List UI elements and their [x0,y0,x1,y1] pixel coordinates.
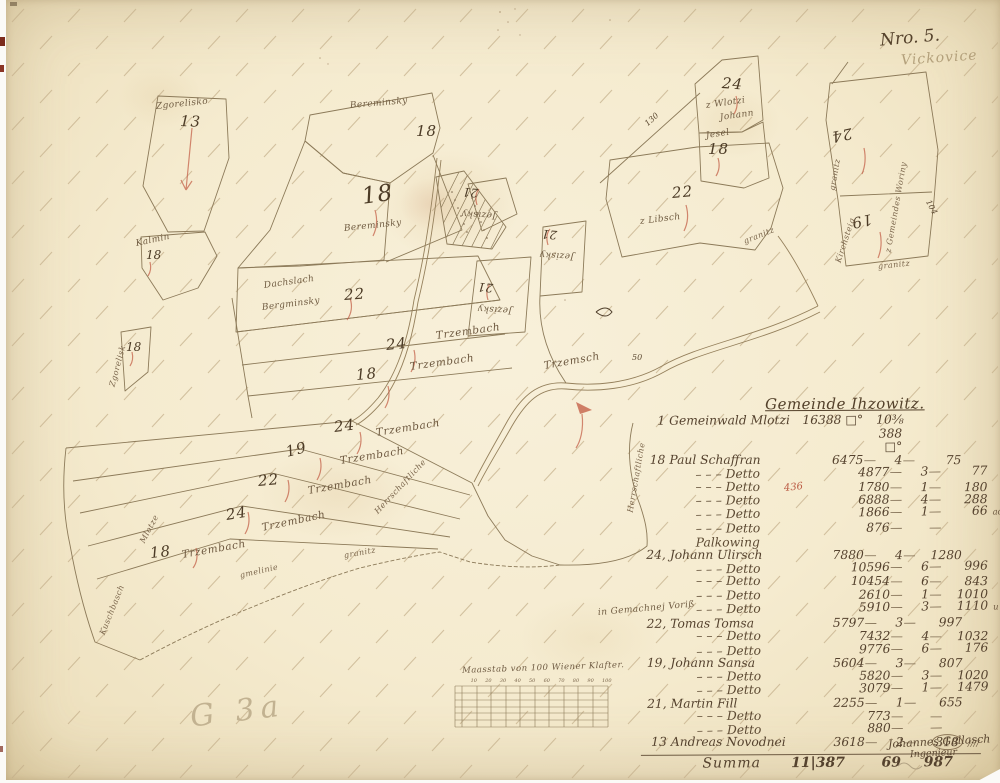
parcel-number-label: 18 [126,340,141,354]
row-value-1: 9776 [828,642,890,656]
row-value-2: 1 [902,481,928,494]
row-parcel-number: 19, [640,657,666,670]
row-dash: — [889,466,902,479]
row-dash: — [928,465,941,478]
row-dash: — [891,722,904,735]
row-owner-name: – – – Detto [666,575,828,588]
row-parcel-number: 18 [639,454,665,467]
row-dash: — [903,657,916,670]
register-row: 1Gemeinwald Mlotzi16388 □°10⅜ 388 □° [639,413,979,455]
row-value-3: 1479 [942,681,988,695]
parcel-number-label: 18 [355,364,378,384]
summa-value-2: 69 [845,756,901,770]
row-dash: — [865,696,878,709]
row-value-2: 10⅜ 388 □° [876,414,902,454]
parcel-number-label: 22 [671,182,694,202]
parcel-number-label: 21 [541,227,557,242]
row-dash: — [903,616,916,629]
row-value-1: 880 [829,722,891,736]
row-value-3: 655 [917,696,963,709]
row-owner-name: Gemeinwald Mlotzi [665,414,801,428]
row-value-3: 176 [942,641,988,655]
row-value-2: 1 [903,505,929,519]
row-owner-name: Johann Sansa [666,657,802,670]
row-parcel-number: 21, [641,697,667,710]
parcel-number-label: 18 [149,542,172,562]
row-value-2: 3 [902,466,928,480]
row-value-2: 1 [878,696,904,709]
scale-tick-label: 70 [558,678,564,684]
row-dash: — [890,682,903,695]
row-value-3: 66 [942,505,988,519]
row-value-3: 807 [916,657,962,670]
scale-tick-label: 100 [602,678,612,684]
row-value-1: 10596 [828,561,890,575]
row-value-1: 10454 [828,575,890,588]
scale-tick-label: 50 [529,678,535,684]
row-dash: — [929,575,942,588]
parcel-number-label: 18 [360,180,395,210]
scan-corner-cut [974,769,1000,783]
row-dash: — [890,600,903,613]
row-value-2: 1 [903,682,929,696]
parcel-number-label: 21 [477,280,493,295]
row-owner-name: – – – Detto [666,601,828,617]
row-dash: — [929,681,942,694]
row-dash: — [929,642,942,655]
row-value-3: 996 [942,560,988,574]
row-dash: — [890,561,903,574]
summa-value-1: 11|387 [761,756,845,770]
row-value-1: 4877 [827,466,889,480]
row-value-1: 3618 [803,736,865,749]
row-dash: — [904,696,917,709]
summa-label: Summa [641,757,761,771]
register-row: – – – Detto10454—6—843 [640,575,980,589]
row-owner-name: – – – Detto [665,480,827,493]
row-value-2: 3 [877,617,903,630]
row-owner-name: – – – Detto [666,683,828,699]
row-owner-name: Johann Ulirsch [666,549,802,562]
row-owner-name: – – – Detto [666,588,828,602]
scale-tick-label: 90 [587,678,593,684]
parcel-number-label: 18 [416,122,437,140]
row-value-1: 5910 [828,601,890,615]
parcel-number-label: 24 [385,334,408,354]
table-rows: 1Gemeinwald Mlotzi16388 □°10⅜ 388 □°18Pa… [639,413,981,752]
row-dash: — [890,642,903,655]
row-value-3: 1110 [942,599,988,613]
row-owner-name: – – – Detto [666,494,828,508]
row-value-1: 1780 [827,481,889,494]
parcel-number-label: 13 [180,112,202,131]
row-value-2: 6 [903,575,929,588]
row-parcel-number: 13 [641,736,667,749]
row-value-1: 16388 □° [801,414,863,428]
row-owner-name: – – – Detto Palkowing [666,522,828,549]
row-dash: — [930,721,943,734]
row-owner-name: – – – Detto [666,630,828,643]
row-value-2: 6 [903,642,929,656]
scale-tick-label: 30 [500,678,506,684]
row-value-1: 5604 [802,657,864,670]
row-value-1: 6475 [801,454,863,467]
row-value-1: 3079 [828,682,890,696]
row-owner-name: – – – Detto [667,710,829,723]
register-row: – – – Detto1780—1—180 [639,480,979,494]
row-value-3: 180 [941,481,987,494]
row-value-3: 77 [941,465,987,479]
row-dash: — [864,617,877,630]
parcel-number-label: 21 [462,185,478,200]
row-parcel-number: 1 [639,415,665,428]
row-value-1: 876 [828,522,890,536]
parcel-number-label: 22 [257,470,280,490]
row-value-3: 997 [916,616,962,629]
parcel-name-label: Jezisky [461,208,496,220]
scale-tick-label: 10 [471,678,477,684]
row-value-1: 1866 [828,506,890,520]
row-dash: — [865,736,878,749]
row-note: adm — [988,506,1000,520]
row-dash: — [890,575,903,588]
row-owner-name: – – – Detto [666,507,828,523]
scale-tick-label: 20 [485,678,491,684]
parcel-name-label: Jezisky [539,249,574,261]
row-note: u Sarostli [988,601,1000,615]
measure-label: 50 [632,353,642,362]
land-register-table: Gemeinde Ihzowitz. 1Gemeinwald Mlotzi163… [639,397,981,771]
row-dash: — [929,560,942,573]
row-dash: — [929,505,942,518]
parcel-number-label: 22 [343,285,365,304]
row-parcel-number: 24, [640,549,666,562]
row-dash: — [890,522,903,535]
parcel-number-label: 18 [146,248,161,262]
table-header: Gemeinde Ihzowitz. [765,397,979,411]
row-value-3: 843 [942,575,988,588]
row-dash: — [929,522,942,535]
row-dash: — [890,506,903,519]
scale-tick-label: 80 [573,678,579,684]
row-owner-name: Paul Schaffran [665,454,801,467]
row-value-2: 3 [903,600,929,614]
register-row: – – – Detto Palkowing876—— [640,521,980,549]
scale-tick-label: 60 [544,678,550,684]
row-value-1: 2255 [803,696,865,710]
parcel-number-label: 24 [721,74,743,93]
parcel-number-label: 24 [333,415,356,435]
row-value-2: 3 [877,657,903,670]
row-dash: — [929,600,942,613]
row-dash: — [864,657,877,670]
row-value-2: 6 [903,560,929,574]
row-dash: — [928,481,941,494]
row-dash: — [889,481,902,494]
scale-tick-label: 40 [514,678,520,684]
parcel-number-label: 24 [225,503,249,524]
parcel-number-label: 18 [708,140,729,158]
map-sheet: Zgorelisko13Kalmin18Zgorelisk18Bereminsk… [0,0,1000,783]
parcel-name-label: Jezisky [477,303,512,315]
register-row: 19,Johann Sansa5604—3—807 [640,657,980,671]
row-value-1: 5797 [802,617,864,631]
row-owner-name: Andreas Novodnei [667,736,803,749]
